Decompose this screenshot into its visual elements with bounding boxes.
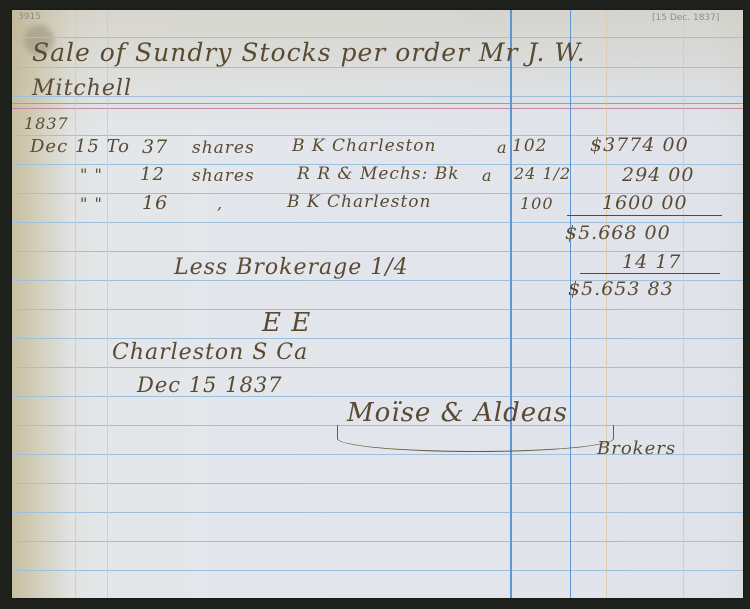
- entry-unit: shares: [192, 138, 255, 158]
- rule-line: [12, 67, 743, 68]
- rule-line: [12, 396, 743, 397]
- entry-quantity: 37: [142, 136, 168, 158]
- ledger-paper: 3915 [15 Dec. 1837] Sale of Sundry Stock…: [12, 10, 743, 598]
- paper-stain-top: [12, 10, 743, 130]
- sum-rule: [567, 215, 722, 216]
- brokerage-amount: 14 17: [622, 251, 681, 273]
- rule-line: [12, 541, 743, 542]
- entry-at: a: [482, 166, 493, 185]
- entry-price: 102: [512, 136, 547, 156]
- entry-date: Dec 15 To: [30, 136, 130, 157]
- document-title: Sale of Sundry Stocks per order Mr J. W.: [32, 38, 586, 67]
- entry-amount: 1600 00: [602, 192, 688, 214]
- signature-flourish: [337, 425, 614, 452]
- cents-column-line: [606, 10, 607, 598]
- margin-red-line: [12, 108, 743, 109]
- entry-security: R R & Mechs: Bk: [297, 164, 460, 184]
- errors-excepted: E E: [262, 308, 311, 338]
- entry-quantity: 16: [142, 192, 168, 214]
- net-total-amount: $5.653 83: [568, 278, 674, 300]
- signature: Moïse & Aldeas: [347, 398, 568, 428]
- signature-title: Brokers: [597, 438, 676, 459]
- rule-line: [12, 367, 743, 368]
- rule-line: [12, 483, 743, 484]
- entry-unit: ,: [217, 194, 223, 213]
- entry-security: B K Charleston: [292, 136, 436, 156]
- rule-line: [12, 570, 743, 571]
- entry-security: B K Charleston: [287, 192, 431, 212]
- entry-quantity: 12: [140, 164, 165, 185]
- subtotal-amount: $5.668 00: [565, 222, 671, 244]
- entry-price: 100: [520, 194, 554, 213]
- year: 1837: [24, 114, 69, 133]
- entry-unit: shares: [192, 166, 255, 186]
- entry-price: 24 1/2: [514, 164, 571, 183]
- brokerage-label: Less Brokerage 1/4: [174, 255, 409, 280]
- catalog-number: 3915: [18, 12, 41, 22]
- rule-line: [12, 338, 743, 339]
- entry-at: a: [497, 138, 508, 157]
- column-line-blue: [510, 10, 512, 598]
- archival-date-note: [15 Dec. 1837]: [652, 13, 719, 23]
- cents-column-line: [683, 10, 684, 598]
- net-rule: [580, 273, 720, 274]
- place: Charleston S Ca: [112, 340, 308, 365]
- document-title-continued: Mitchell: [32, 76, 132, 101]
- entry-date: " ": [80, 165, 103, 184]
- entry-amount: 294 00: [622, 164, 694, 186]
- rule-line: [12, 309, 743, 310]
- date-signed: Dec 15 1837: [137, 373, 283, 397]
- entry-amount: $3774 00: [590, 134, 689, 156]
- column-line-blue: [570, 10, 571, 598]
- margin-red-line: [12, 103, 743, 104]
- rule-line: [12, 512, 743, 513]
- entry-date: " ": [80, 194, 103, 213]
